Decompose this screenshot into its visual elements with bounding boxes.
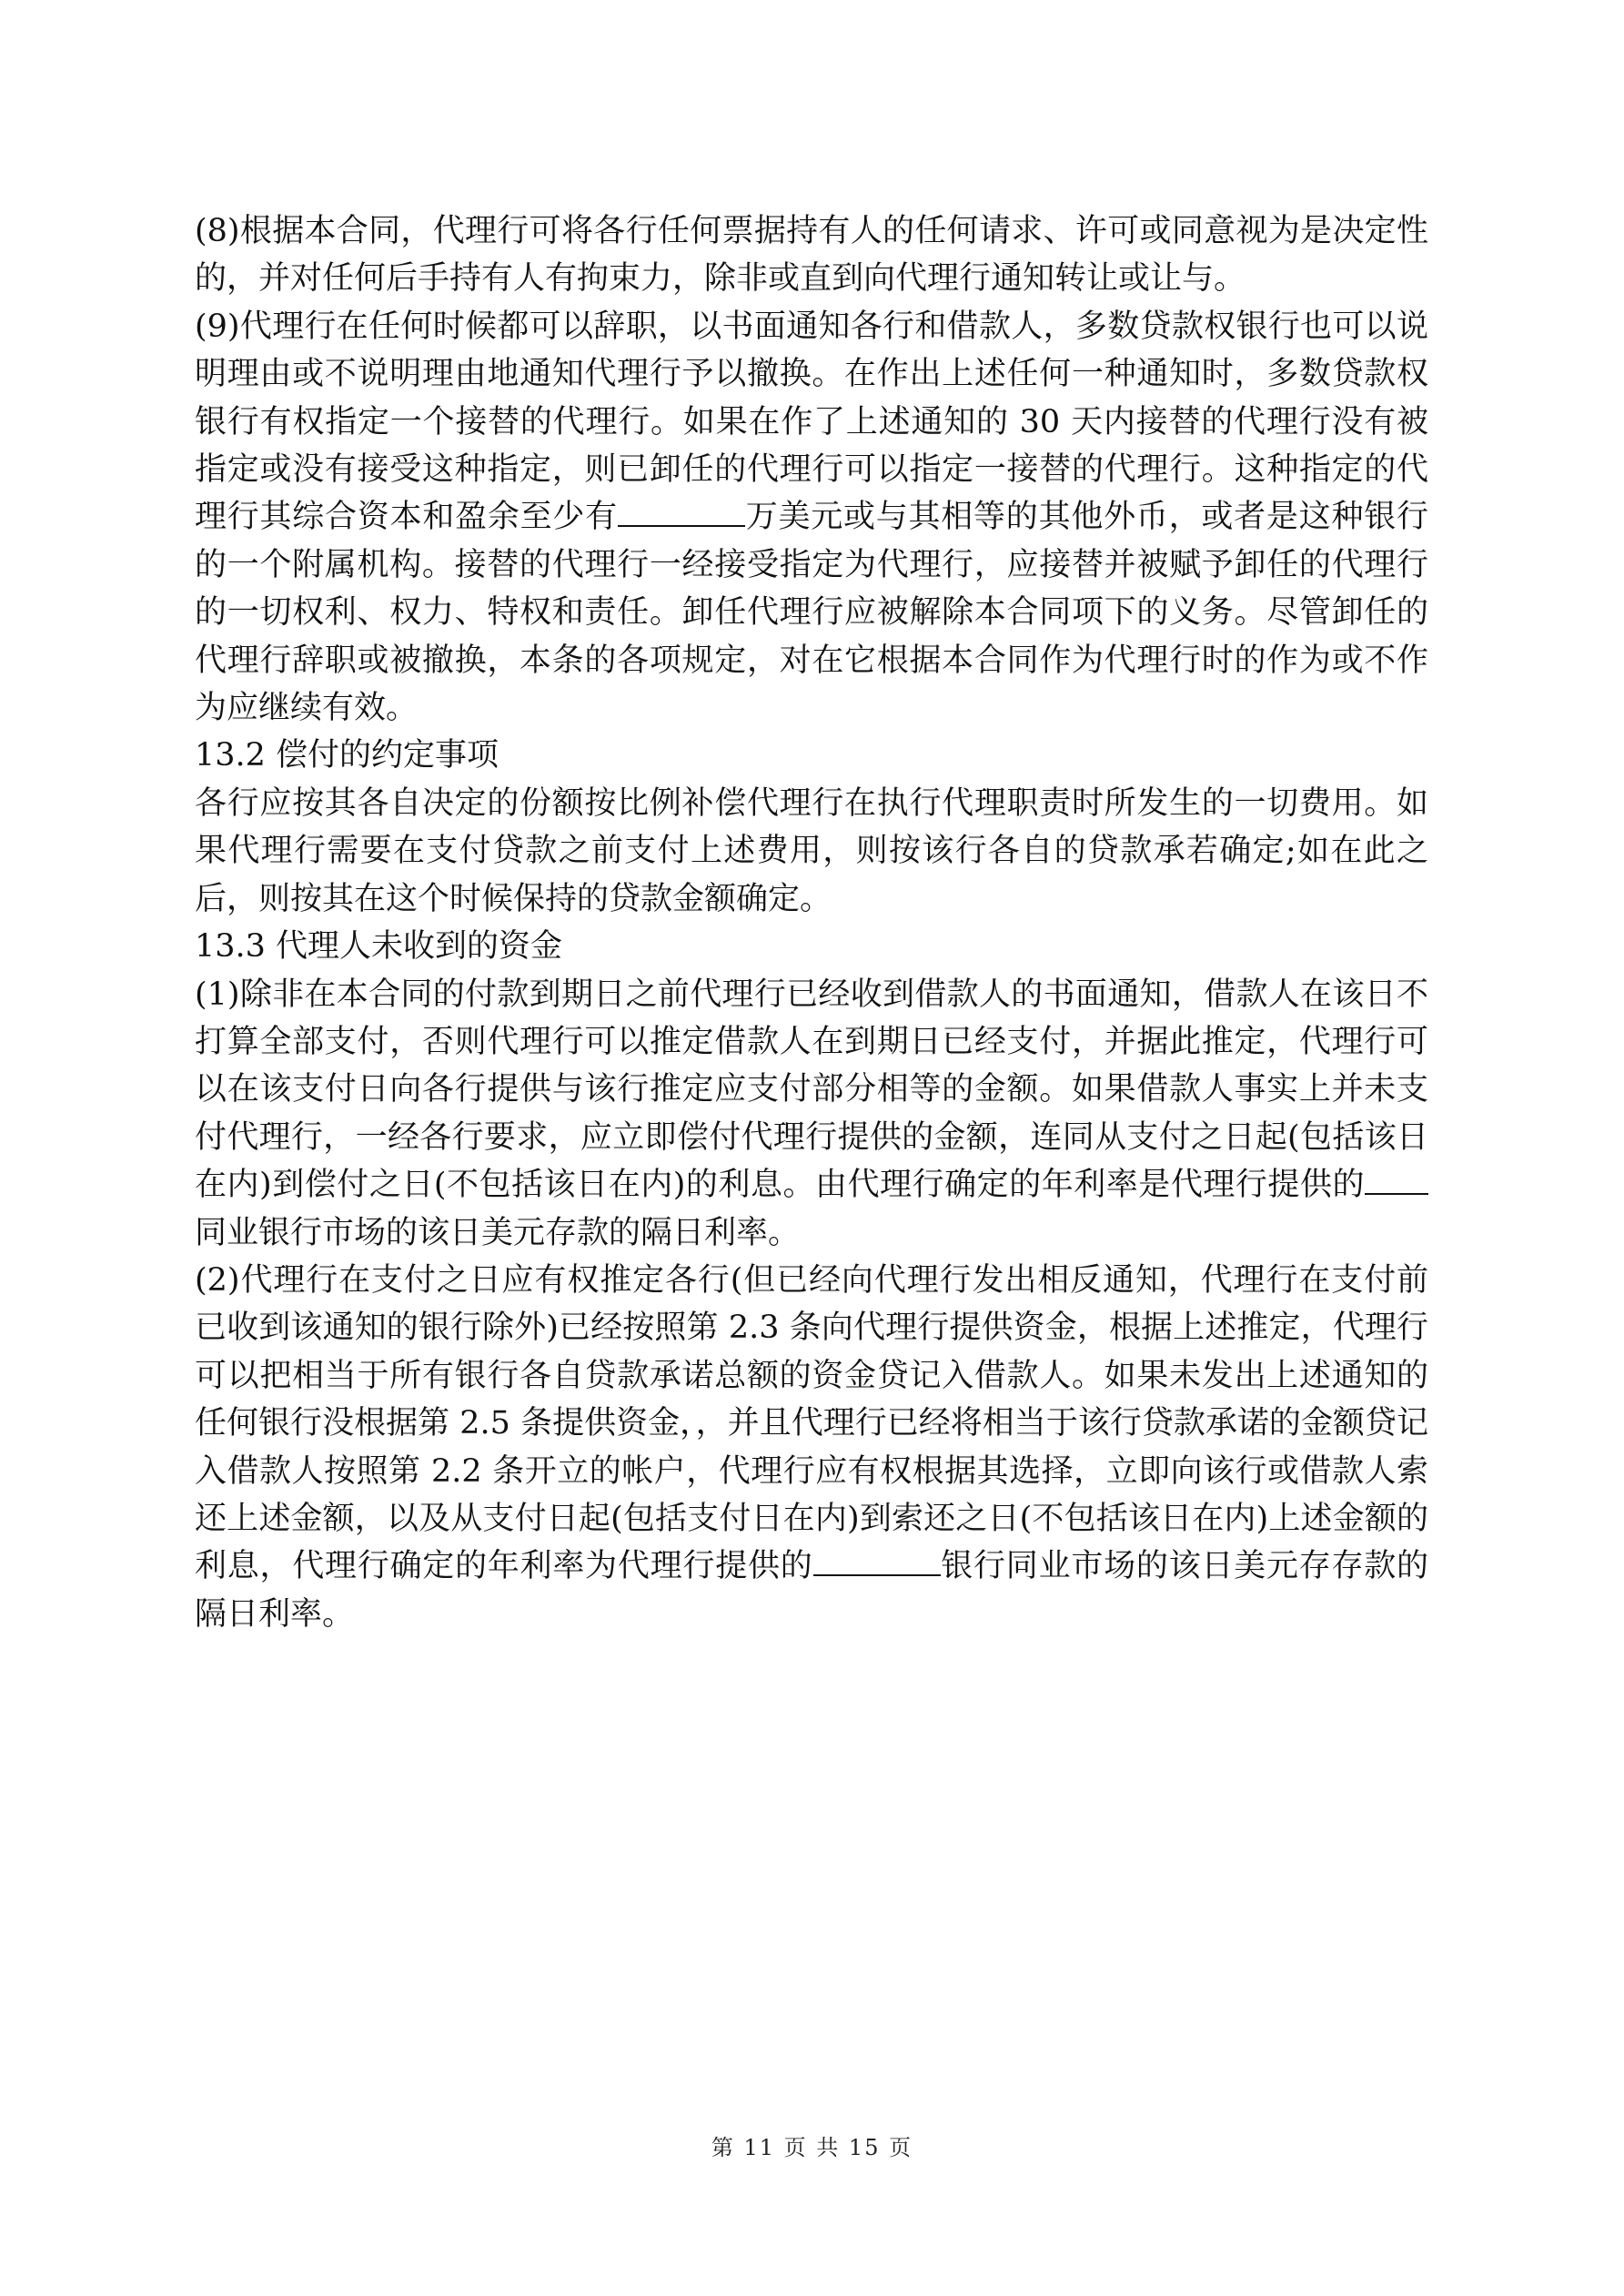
paragraph-13-3-1-part-1: (1)除非在本合同的付款到期日之前代理行已经收到借款人的书面通知，借款人在该日不… [195,976,1428,1204]
section-heading-13-2: 13.2 偿付的约定事项 [195,732,1428,779]
paragraph-13-3-1-part-2: 同业银行市场的该日美元存款的隔日利率。 [195,1215,800,1251]
section-heading-13-3: 13.3 代理人未收到的资金 [195,923,1428,970]
page-footer: 第 11 页 共 15 页 [0,2129,1624,2161]
paragraph-13-3-1: (1)除非在本合同的付款到期日之前代理行已经收到借款人的书面通知，借款人在该日不… [195,971,1428,1257]
paragraph-8: (8)根据本合同，代理行可将各行任何票据持有人的任何请求、许可或同意视为是决定性… [195,207,1428,303]
fill-in-blank-market [1365,1166,1428,1195]
fill-in-blank-bank [813,1547,941,1576]
paragraph-13-2: 各行应按其各自决定的份额按比例补偿代理行在执行代理职责时所发生的一切费用。如果代… [195,780,1428,923]
document-page: (8)根据本合同，代理行可将各行任何票据持有人的任何请求、许可或同意视为是决定性… [195,207,1428,1638]
fill-in-blank-capital-amount [618,498,745,527]
paragraph-9: (9)代理行在任何时候都可以辞职，以书面通知各行和借款人，多数贷款权银行也可以说… [195,303,1428,733]
paragraph-13-3-2-part-1: (2)代理行在支付之日应有权推定各行(但已经向代理行发出相反通知，代理行在支付前… [195,1262,1428,1584]
paragraph-13-3-2: (2)代理行在支付之日应有权推定各行(但已经向代理行发出相反通知，代理行在支付前… [195,1257,1428,1638]
